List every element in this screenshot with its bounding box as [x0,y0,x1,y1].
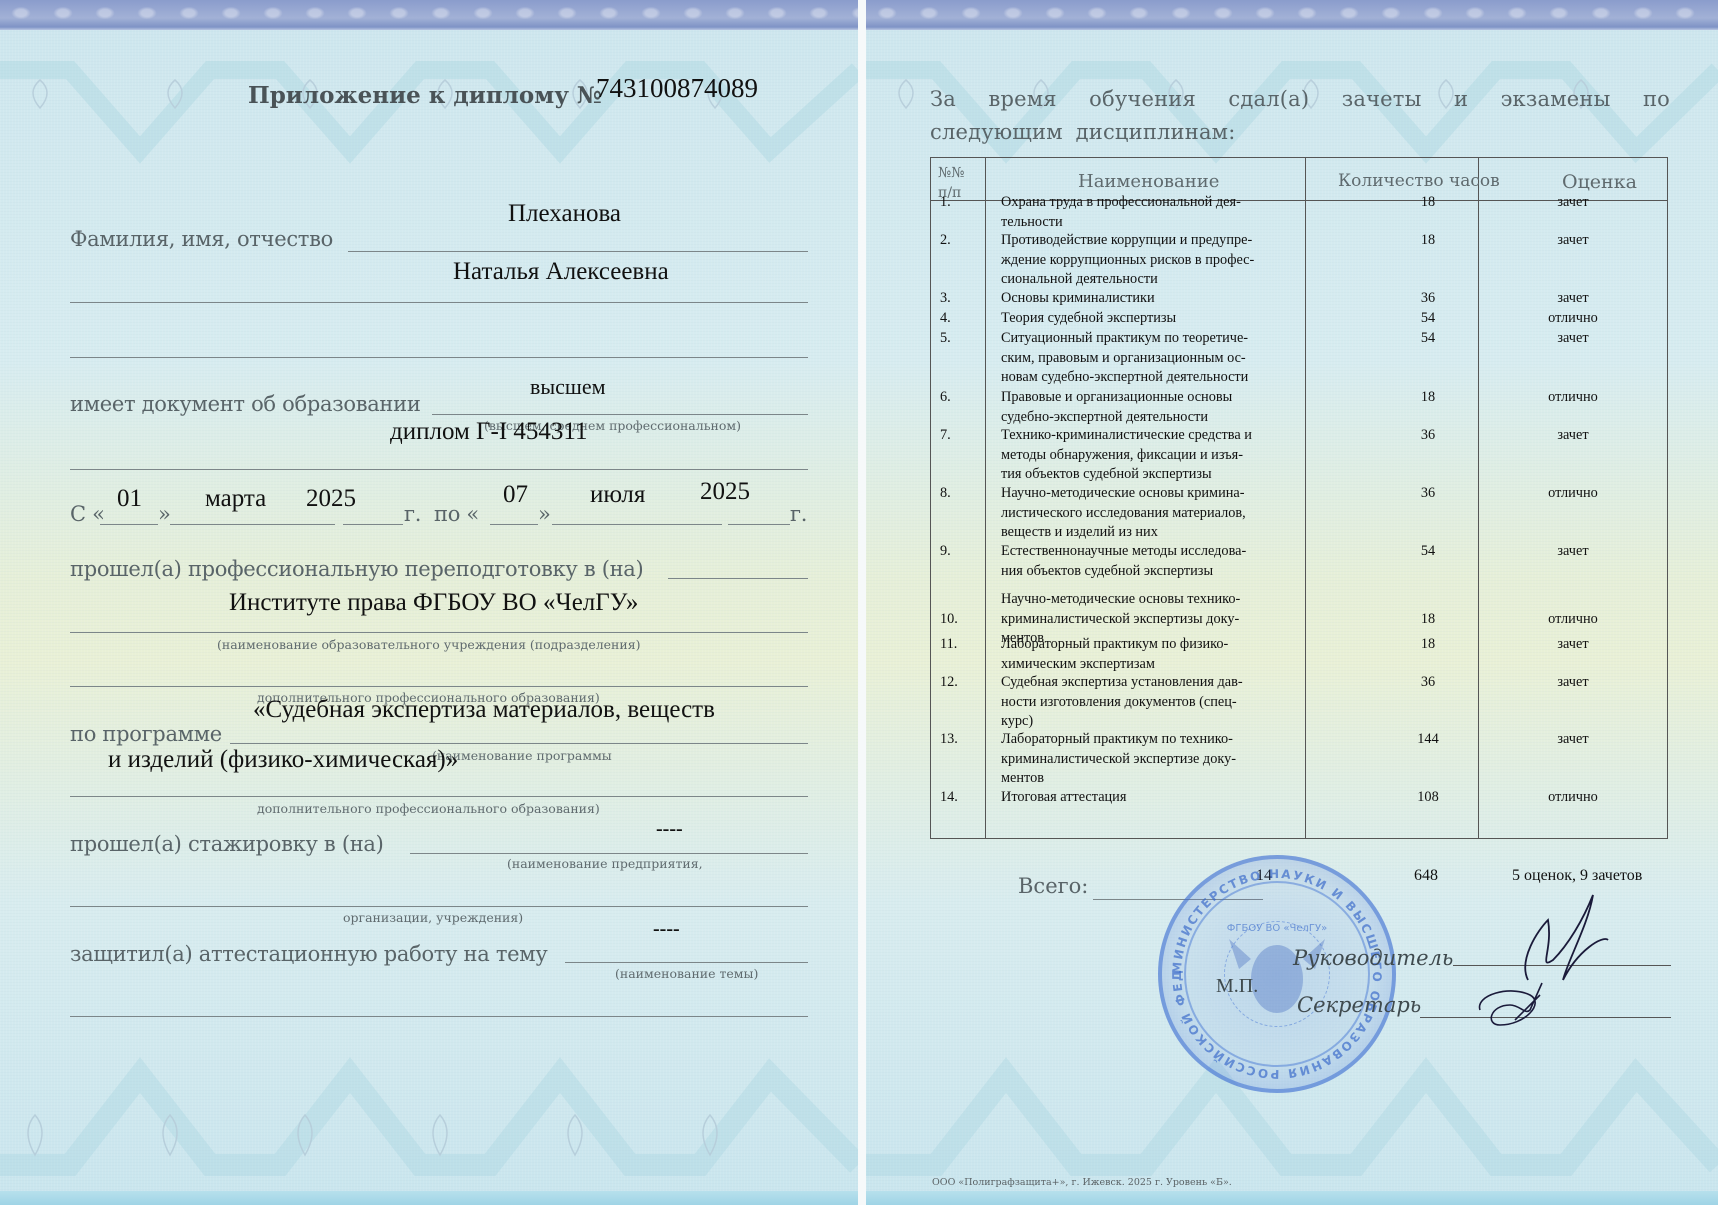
document-title: Приложение к диплому № [248,82,602,109]
discipline-grade: зачет [1528,289,1618,309]
ornamental-border-top [0,0,858,30]
row-number: 11. [940,635,984,655]
official-seal-stamp: МИНИСТЕРСТВО НАУКИ И ВЫСШЕГО ОБРАЗОВАНИЯ… [1158,855,1396,1093]
secretary-signature-icon [1470,975,1560,1035]
to-year: 2025 [700,478,750,506]
retraining-label: прошел(а) профессиональную переподготовк… [70,557,643,581]
education-document: диплом Г-I 454311 [390,418,587,446]
seal-place-label: М.П. [1216,975,1258,998]
discipline-name: Итоговая аттестация [1001,788,1301,808]
to-quote-close: » [538,502,551,526]
discipline-name: Ситуационный практикум по теоретиче- ски… [1001,329,1301,388]
discipline-name: Естественнонаучные методы исследова- ния… [1001,542,1301,581]
retraining-line [668,578,808,579]
table-col-divider [1478,157,1479,839]
internship-line [410,853,808,854]
thesis-hint: (наименование темы) [615,966,758,981]
svg-text:МИНИСТЕРСТВО НАУКИ И ВЫСШЕГО О: МИНИСТЕРСТВО НАУКИ И ВЫСШЕГО ОБРАЗОВАНИЯ… [1162,859,1384,1081]
discipline-grade: отлично [1528,484,1618,504]
ornamental-border-top [866,0,1718,30]
to-day-line [490,524,538,525]
internship-value: ---- [656,818,683,841]
institution: Институте права ФГБОУ ВО «ЧелГУ» [229,589,638,617]
program-label: по программе [70,722,222,746]
row-number: 12. [940,673,984,693]
discipline-name: Охрана труда в профессиональной дея- тел… [1001,193,1301,232]
given-names: Наталья Алексеевна [453,258,669,286]
education-line [432,414,808,415]
diploma-number: 743100874089 [596,73,758,104]
header-grade: Оценка [1562,171,1637,193]
total-summary: 5 оценок, 9 зачетов [1512,867,1642,885]
page-seam [858,0,866,1205]
education-line-2 [70,469,808,470]
to-day: 07 [503,481,528,509]
to-month: июля [590,481,645,509]
program-hint-1: (наименование программы [432,748,612,763]
seal-eagle-emblem-icon: МИНИСТЕРСТВО НАУКИ И ВЫСШЕГО ОБРАЗОВАНИЯ… [1162,859,1392,1089]
from-year-suffix: г. [404,502,421,526]
thesis-label: защитил(а) аттестационную работу на тему [70,942,547,966]
discipline-name: Основы криминалистики [1001,289,1301,309]
discipline-hours: 36 [1393,289,1463,309]
discipline-hours: 18 [1393,635,1463,655]
discipline-name: Лабораторный практикум по физико- химиче… [1001,635,1301,674]
full-name-label: Фамилия, имя, отчество [70,227,333,251]
to-year-suffix: г. [790,502,807,526]
full-name-line-2 [70,302,808,303]
thesis-line-2 [70,1016,808,1017]
row-number: 1. [940,193,984,213]
discipline-name: Лабораторный практикум по технико- крими… [1001,730,1301,789]
discipline-hours: 18 [1393,193,1463,213]
discipline-grade: зачет [1528,673,1618,693]
ornamental-border-bottom [866,1191,1718,1205]
discipline-grade: зачет [1528,193,1618,213]
header-hours: Количество часов [1338,171,1500,191]
row-number: 9. [940,542,984,562]
discipline-grade: зачет [1528,635,1618,655]
discipline-hours: 18 [1393,610,1463,630]
from-quote-close: » [158,502,171,526]
discipline-name: Противодействие коррупции и предупре- жд… [1001,231,1301,290]
row-number: 7. [940,426,984,446]
discipline-grade: отлично [1528,309,1618,329]
ornamental-border-bottom [0,1191,858,1205]
from-year: 2025 [306,485,356,513]
internship-line-2 [70,906,808,907]
header-name: Наименование [1078,171,1219,192]
discipline-grade: отлично [1528,788,1618,808]
discipline-hours: 36 [1393,484,1463,504]
discipline-hours: 36 [1393,426,1463,446]
row-number: 5. [940,329,984,349]
intro-text: За время обучения сдал(а) зачеты и экзам… [930,83,1670,149]
guilloche-pattern-bottom [0,1055,858,1185]
program-line-3 [70,796,808,797]
thesis-line [565,962,808,963]
education-label: имеет документ об образовании [70,392,421,416]
discipline-hours: 108 [1393,788,1463,808]
printer-imprint: ООО «Полиграфзащита+», г. Ижевск. 2025 г… [932,1177,1232,1188]
full-name-line-1 [348,251,808,252]
from-month: марта [205,485,266,513]
program-hint-2: дополнительного профессионального образо… [257,801,600,816]
internship-hint-1: (наименование предприятия, [507,856,703,871]
internship-label: прошел(а) стажировку в (на) [70,832,384,856]
discipline-grade: зачет [1528,329,1618,349]
discipline-name: Правовые и организационные основы судебн… [1001,388,1301,427]
discipline-name: Судебная экспертиза установления дав- но… [1001,673,1301,732]
to-prefix: по « [434,502,479,526]
discipline-name: Теория судебной экспертизы [1001,309,1301,329]
from-prefix: С « [70,502,105,526]
secretary-signature-label: Секретарь [1297,993,1421,1017]
institution-line [70,632,808,633]
svg-text:ФГБОУ ВО «ЧелГУ»: ФГБОУ ВО «ЧелГУ» [1227,923,1327,934]
discipline-grade: зачет [1528,426,1618,446]
discipline-hours: 54 [1393,309,1463,329]
total-label: Всего: [1018,874,1088,898]
row-number: 10. [940,610,984,630]
seal-outer-text: МИНИСТЕРСТВО НАУКИ И ВЫСШЕГО ОБРАЗОВАНИЯ… [1162,859,1384,1081]
program-line-1: «Судебная экспертиза материалов, веществ [253,696,715,724]
row-number: 4. [940,309,984,329]
table-col-divider [985,157,986,839]
discipline-hours: 144 [1393,730,1463,750]
discipline-grade: отлично [1528,610,1618,630]
from-day: 01 [117,485,142,513]
row-number: 2. [940,231,984,251]
row-number: 6. [940,388,984,408]
full-name-line-3 [70,357,808,358]
surname: Плеханова [508,200,621,228]
program-line-2: и изделий (физико-химическая)» [108,746,458,774]
from-day-line [100,524,158,525]
to-month-line [552,524,722,525]
discipline-name: Научно-методические основы кримина- лист… [1001,484,1301,543]
institution-hint-1: (наименование образовательного учреждени… [217,637,641,652]
discipline-hours: 18 [1393,231,1463,251]
institution-line-2 [70,686,808,687]
discipline-grade: отлично [1528,388,1618,408]
discipline-grade: зачет [1528,730,1618,750]
to-year-line [728,524,790,525]
from-month-line [170,524,335,525]
row-number: 8. [940,484,984,504]
row-number: 13. [940,730,984,750]
row-number: 14. [940,788,984,808]
discipline-name: Технико-криминалистические средства и ме… [1001,426,1301,485]
discipline-hours: 54 [1393,329,1463,349]
from-year-line [343,524,403,525]
discipline-grade: зачет [1528,231,1618,251]
head-signature-label: Руководитель [1293,946,1453,970]
internship-hint-2: организации, учреждения) [343,910,523,925]
thesis-value: ---- [653,918,680,941]
discipline-grade: зачет [1528,542,1618,562]
row-number: 3. [940,289,984,309]
discipline-hours: 54 [1393,542,1463,562]
education-level: высшем [530,374,606,400]
table-col-divider [1305,157,1306,839]
discipline-hours: 18 [1393,388,1463,408]
discipline-hours: 36 [1393,673,1463,693]
total-hours: 648 [1414,867,1438,885]
program-line [230,743,808,744]
